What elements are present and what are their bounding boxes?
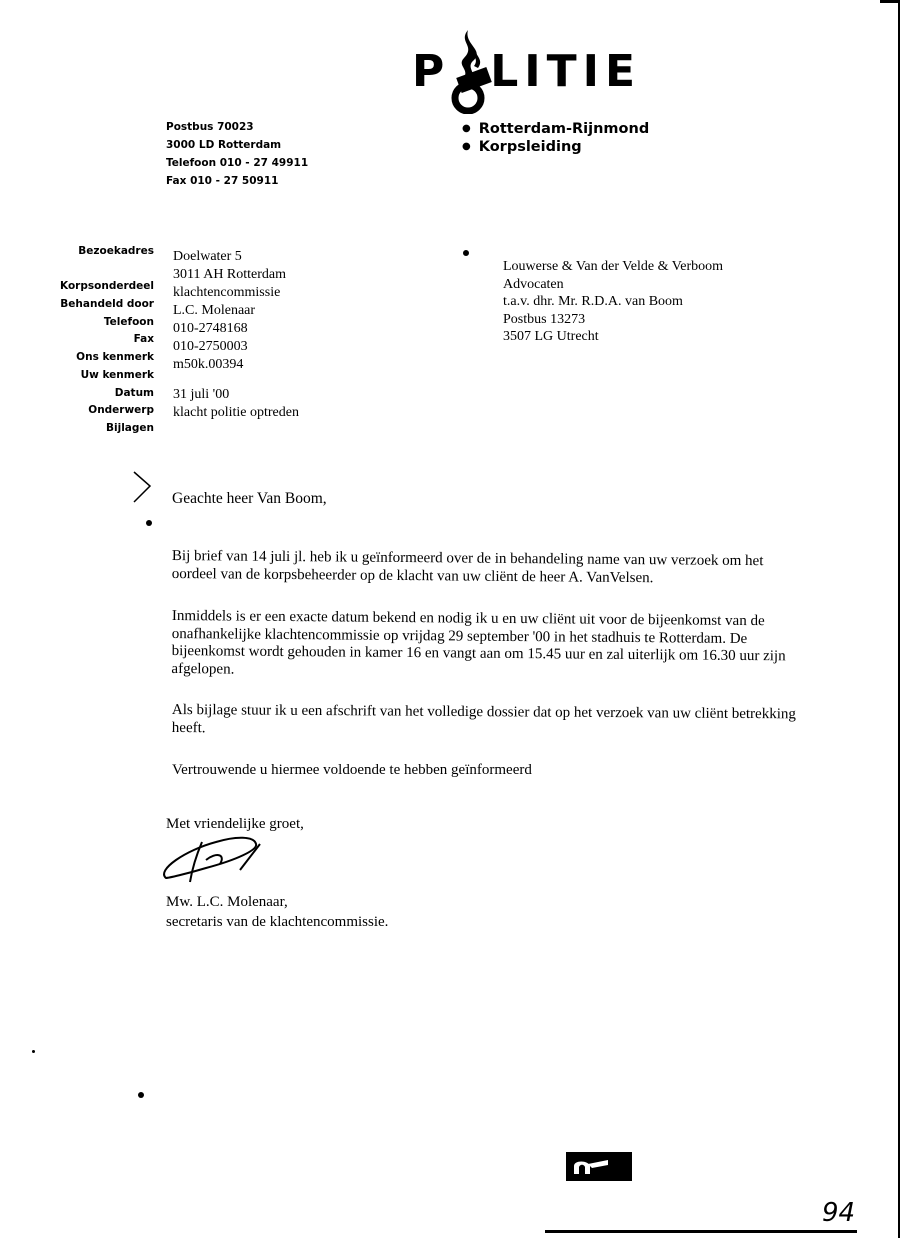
label-fax: Fax	[40, 331, 154, 349]
postal-phone: Telefoon 010 - 27 49911	[166, 154, 308, 172]
recipient-type: Advocaten	[503, 276, 723, 294]
recipient-firm: Louwerse & Van der Velde & Verboom	[503, 258, 723, 276]
org-line-department: Korpsleiding	[462, 138, 649, 156]
meta-values: Doelwater 5 3011 AH Rotterdam klachtenco…	[173, 248, 299, 422]
label-blank	[40, 261, 154, 279]
label-behandeld-door: Behandeld door	[40, 296, 154, 314]
recipient-city: 3507 LG Utrecht	[503, 328, 723, 346]
label-datum: Datum	[40, 385, 154, 403]
label-bijlagen: Bijlagen	[40, 420, 154, 438]
salutation: Geachte heer Van Boom,	[172, 490, 327, 508]
value-city: 3011 AH Rotterdam	[173, 266, 299, 284]
value-fax: 010-2750003	[173, 338, 299, 356]
value-street: Doelwater 5	[173, 248, 299, 266]
hole-punch-dot	[138, 1092, 144, 1098]
hole-punch-dot	[463, 250, 469, 256]
value-behandeld-door: L.C. Molenaar	[173, 302, 299, 320]
signer-block: Mw. L.C. Molenaar, secretaris van de kla…	[166, 892, 388, 932]
value-datum: 31 juli '00	[173, 386, 299, 404]
value-korpsonderdeel: klachtencommissie	[173, 284, 299, 302]
logo-letters-litie: LITIE	[490, 46, 641, 97]
police-flame-emblem-icon	[446, 28, 496, 114]
label-korpsonderdeel: Korpsonderdeel	[40, 278, 154, 296]
organisation-list: Rotterdam-Rijnmond Korpsleiding	[462, 120, 649, 156]
hole-punch-dot	[146, 520, 152, 526]
recipient-attention: t.a.v. dhr. Mr. R.D.A. van Boom	[503, 293, 723, 311]
meta-labels: Bezoekadres Korpsonderdeel Behandeld doo…	[40, 243, 154, 438]
label-telefoon: Telefoon	[40, 314, 154, 332]
value-ons-kenmerk: m50k.00394	[173, 356, 299, 374]
label-uw-kenmerk: Uw kenmerk	[40, 367, 154, 385]
fold-mark-chevron-icon	[132, 470, 154, 504]
org-line-region: Rotterdam-Rijnmond	[462, 120, 649, 138]
paragraph-1: Bij brief van 14 juli jl. heb ik u geïnf…	[172, 548, 812, 589]
page-number: 94	[822, 1200, 855, 1226]
label-ons-kenmerk: Ons kenmerk	[40, 349, 154, 367]
paragraph-4: Vertrouwende u hiermee voldoende te hebb…	[172, 762, 812, 780]
value-uw-kenmerk	[173, 374, 299, 386]
paragraph-2: Inmiddels is er een exacte datum bekend …	[171, 608, 812, 684]
logo-letter-p: P	[412, 46, 450, 97]
recipient-address: Louwerse & Van der Velde & Verboom Advoc…	[503, 258, 723, 346]
value-onderwerp: klacht politie optreden	[173, 404, 299, 422]
postal-fax: Fax 010 - 27 50911	[166, 172, 308, 190]
postal-box: Postbus 70023	[166, 118, 308, 136]
signer-name: Mw. L.C. Molenaar,	[166, 892, 388, 912]
postal-address: Postbus 70023 3000 LD Rotterdam Telefoon…	[166, 118, 308, 190]
postal-city: 3000 LD Rotterdam	[166, 136, 308, 154]
recipient-postbox: Postbus 13273	[503, 311, 723, 329]
speck-dot	[32, 1050, 35, 1053]
signer-title: secretaris van de klachtencommissie.	[166, 912, 388, 932]
label-onderwerp: Onderwerp	[40, 402, 154, 420]
paragraph-3: Als bijlage stuur ik u een afschrift van…	[172, 702, 812, 741]
value-telefoon: 010-2748168	[173, 320, 299, 338]
corner-rule	[880, 0, 900, 3]
label-bezoekadres: Bezoekadres	[40, 243, 154, 261]
bottom-rule	[545, 1230, 857, 1233]
signature-icon	[156, 830, 276, 885]
nf-logo-icon	[566, 1152, 632, 1181]
